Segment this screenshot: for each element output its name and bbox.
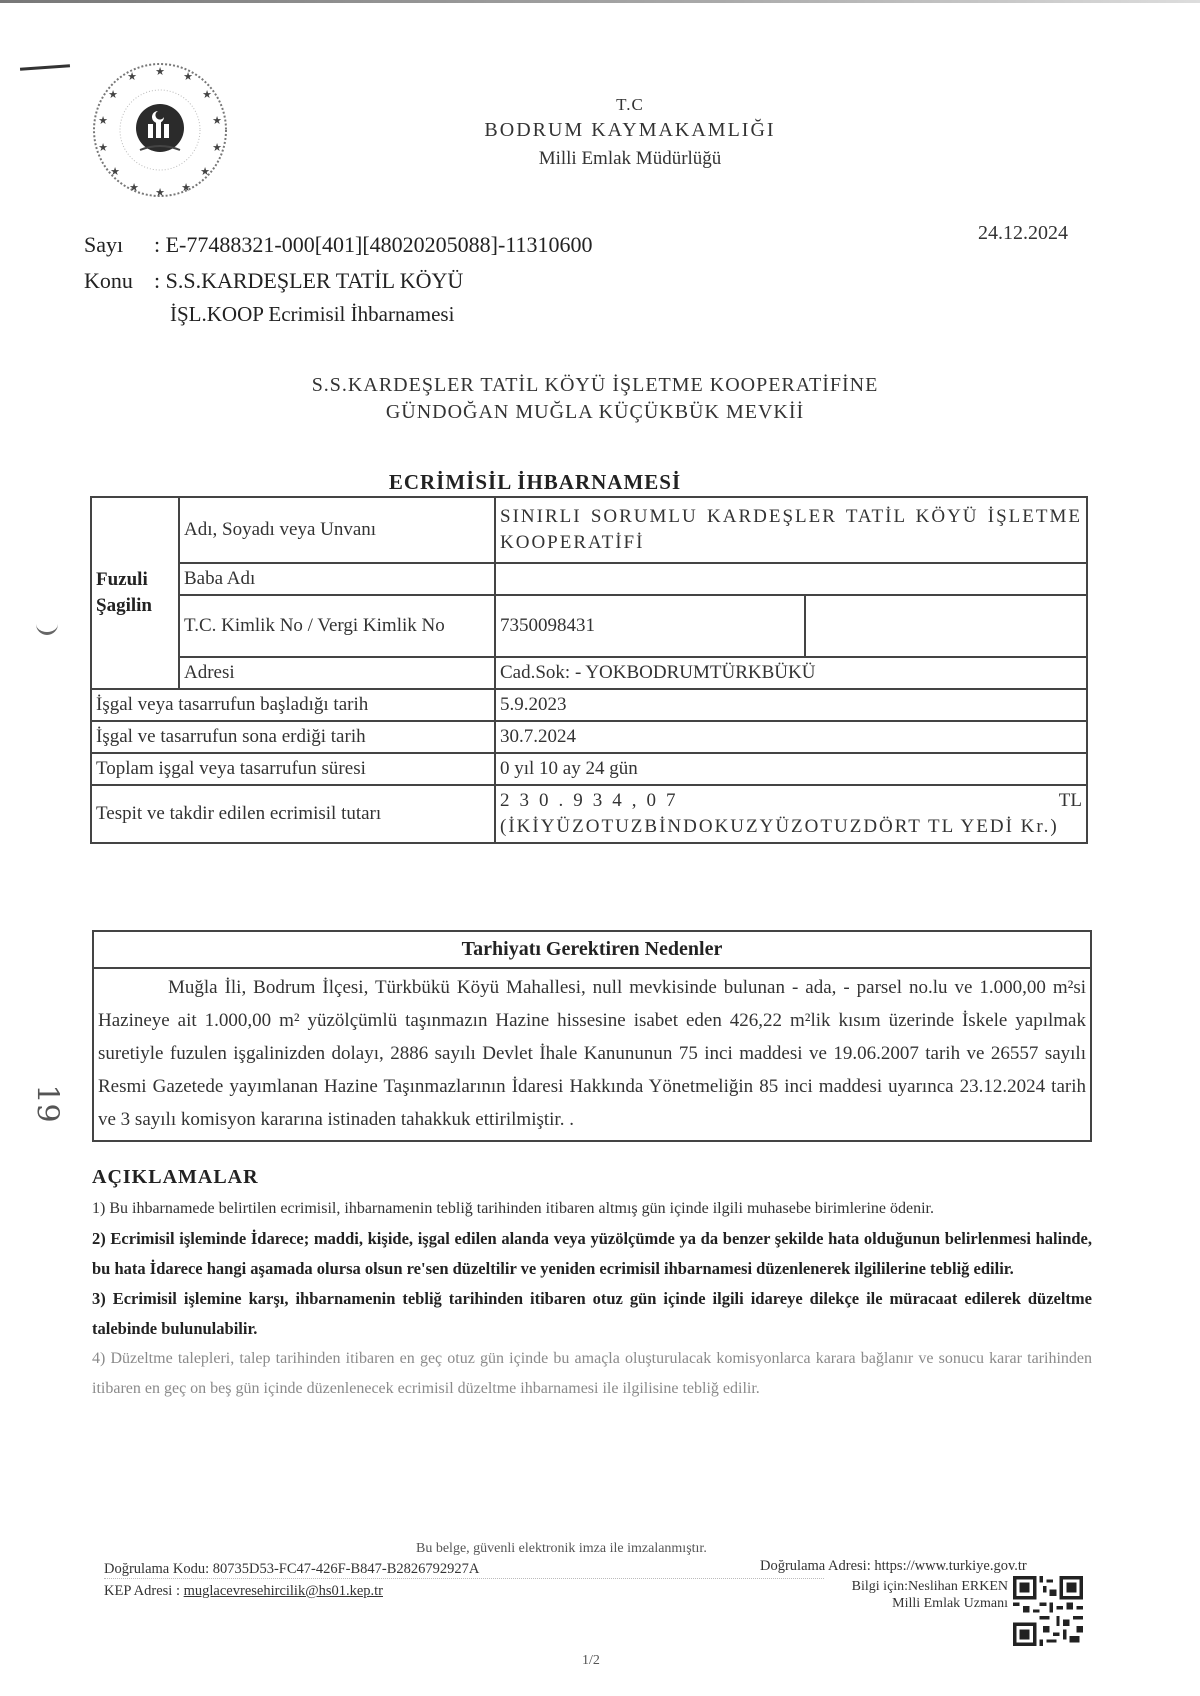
- qr-code-icon[interactable]: [1013, 1575, 1083, 1647]
- addressee-line-2: GÜNDOĞAN MUĞLA KÜÇÜKBÜK MEVKİİ: [240, 399, 950, 426]
- start-date-value: 5.9.2023: [495, 689, 1087, 721]
- occupant-group-label: Fuzuli Şagilin: [91, 497, 179, 689]
- reasons-box: Tarhiyatı Gerektiren Nedenler Muğla İli,…: [92, 930, 1092, 1142]
- verification-code-value: 80735D53-FC47-426F-B847-B2826792927A: [213, 1561, 480, 1577]
- svg-text:★: ★: [212, 141, 222, 154]
- verification-address: Doğrulama Adresi: https://www.turkiye.go…: [760, 1558, 1027, 1575]
- reference-number: Sayı: E-77488321-000[401][48020205088]-1…: [84, 232, 593, 258]
- id-number-value: 7350098431: [495, 595, 805, 657]
- table-row: İşgal veya tasarrufun başladığı tarih 5.…: [91, 689, 1087, 721]
- kep-address-link[interactable]: muglacevresehircilik@hs01.kep.tr: [184, 1583, 383, 1599]
- amount-value: 230.934,07 TL (İKİYÜZOTUZBİNDOKUZYÜZOTUZ…: [495, 785, 1087, 843]
- margin-mark: [20, 64, 70, 70]
- amount-in-words: (İKİYÜZOTUZBİNDOKUZYÜZOTUZDÖRT TL YEDİ K…: [500, 814, 1082, 840]
- amount-number: 230.934,07: [500, 788, 686, 814]
- scan-edge: [0, 0, 1200, 3]
- document-date: 24.12.2024: [978, 222, 1068, 245]
- amount-currency: TL: [1059, 788, 1082, 814]
- letterhead-unit: Milli Emlak Müdürlüğü: [400, 148, 860, 170]
- table-row: İşgal ve tasarrufun sona erdiği tarih 30…: [91, 721, 1087, 753]
- table-row: T.C. Kimlik No / Vergi Kimlik No 7350098…: [91, 595, 1087, 657]
- name-label: Adı, Soyadı veya Unvanı: [179, 497, 495, 563]
- address-value: Cad.Sok: - YOKBODRUMTÜRKBÜKÜ: [495, 657, 1087, 689]
- reference-value: : E-77488321-000[401][48020205088]-11310…: [154, 232, 593, 257]
- letterhead-tc: T.C: [400, 95, 860, 115]
- end-date-value: 30.7.2024: [495, 721, 1087, 753]
- subject: Konu: S.S.KARDEŞLER TATİL KÖYÜ: [84, 268, 463, 294]
- svg-text:★: ★: [129, 181, 139, 194]
- verification-address-label: Doğrulama Adresi:: [760, 1558, 871, 1574]
- father-name-value: [495, 563, 1087, 595]
- kep-address: KEP Adresi : muglacevresehircilik@hs01.k…: [104, 1583, 383, 1600]
- explanation-item-3: 3) Ecrimisil işlemine karşı, ihbarnameni…: [92, 1284, 1092, 1344]
- handwritten-page-number: 19: [30, 1084, 65, 1122]
- svg-text:★: ★: [110, 165, 120, 178]
- id-number-label: T.C. Kimlik No / Vergi Kimlik No: [179, 595, 495, 657]
- e-signature-notice: Bu belge, güvenli elektronik imza ile im…: [416, 1541, 707, 1557]
- contact-info: Bilgi için:Neslihan ERKEN Milli Emlak Uz…: [800, 1578, 1008, 1612]
- explanation-item-2: 2) Ecrimisil işleminde İdarece; maddi, k…: [92, 1224, 1092, 1284]
- duration-value: 0 yıl 10 ay 24 gün: [495, 753, 1087, 785]
- kep-address-label: KEP Adresi :: [104, 1583, 180, 1599]
- svg-text:★: ★: [183, 70, 193, 83]
- table-row: Baba Adı: [91, 563, 1087, 595]
- letterhead: T.C BODRUM KAYMAKAMLIĞI Milli Emlak Müdü…: [400, 95, 860, 170]
- explanation-item-1: 1) Bu ihbarnamede belirtilen ecrimisil, …: [92, 1194, 1092, 1224]
- name-value: SINIRLI SORUMLU KARDEŞLER TATİL KÖYÜ İŞL…: [495, 497, 1087, 563]
- addressee: S.S.KARDEŞLER TATİL KÖYÜ İŞLETME KOOPERA…: [240, 372, 950, 426]
- verification-address-link[interactable]: https://www.turkiye.gov.tr: [874, 1558, 1026, 1574]
- reasons-body: Muğla İli, Bodrum İlçesi, Türkbükü Köyü …: [94, 969, 1090, 1140]
- footer-divider: [104, 1578, 824, 1579]
- letterhead-org: BODRUM KAYMAKAMLIĞI: [400, 119, 860, 142]
- address-label: Adresi: [179, 657, 495, 689]
- svg-text:★: ★: [98, 141, 108, 154]
- end-date-label: İşgal ve tasarrufun sona erdiği tarih: [91, 721, 495, 753]
- duration-label: Toplam işgal veya tasarrufun süresi: [91, 753, 495, 785]
- document-title: ECRİMİSİL İHBARNAMESİ: [300, 470, 770, 495]
- contact-title: Milli Emlak Uzmanı: [800, 1595, 1008, 1612]
- table-row: Tespit ve takdir edilen ecrimisil tutarı…: [91, 785, 1087, 843]
- table-row: Fuzuli Şagilin Adı, Soyadı veya Unvanı S…: [91, 497, 1087, 563]
- notice-details-table: Fuzuli Şagilin Adı, Soyadı veya Unvanı S…: [90, 496, 1088, 844]
- amount-label: Tespit ve takdir edilen ecrimisil tutarı: [91, 785, 495, 843]
- table-row: Toplam işgal veya tasarrufun süresi 0 yı…: [91, 753, 1087, 785]
- state-emblem-seal-icon: ★★★ ★★★ ★★★ ★★★ ★★: [88, 58, 233, 203]
- svg-text:★: ★: [108, 88, 118, 101]
- punch-hole-mark: [36, 618, 58, 635]
- verification-code: Doğrulama Kodu: 80735D53-FC47-426F-B847-…: [104, 1561, 479, 1578]
- svg-text:★: ★: [98, 114, 108, 127]
- table-row: Adresi Cad.Sok: - YOKBODRUMTÜRKBÜKÜ: [91, 657, 1087, 689]
- svg-text:★: ★: [181, 181, 191, 194]
- subject-continuation: İŞL.KOOP Ecrimisil İhbarnamesi: [170, 302, 454, 327]
- svg-text:★: ★: [155, 65, 165, 78]
- id-number-extra: [805, 595, 1087, 657]
- page-number: 1/2: [582, 1653, 600, 1669]
- svg-text:★: ★: [212, 114, 222, 127]
- subject-value: : S.S.KARDEŞLER TATİL KÖYÜ: [154, 268, 463, 293]
- addressee-line-1: S.S.KARDEŞLER TATİL KÖYÜ İŞLETME KOOPERA…: [240, 372, 950, 399]
- subject-label: Konu: [84, 268, 154, 294]
- svg-text:★: ★: [155, 186, 165, 199]
- reasons-title: Tarhiyatı Gerektiren Nedenler: [94, 932, 1090, 969]
- father-name-label: Baba Adı: [179, 563, 495, 595]
- explanations-list: 1) Bu ihbarnamede belirtilen ecrimisil, …: [92, 1194, 1092, 1404]
- contact-person: Bilgi için:Neslihan ERKEN: [800, 1578, 1008, 1595]
- group-label-line-1: Fuzuli: [96, 567, 174, 593]
- explanations-title: AÇIKLAMALAR: [92, 1166, 259, 1189]
- svg-text:★: ★: [202, 88, 212, 101]
- start-date-label: İşgal veya tasarrufun başladığı tarih: [91, 689, 495, 721]
- reference-label: Sayı: [84, 232, 154, 258]
- svg-text:★: ★: [200, 165, 210, 178]
- group-label-line-2: Şagilin: [96, 593, 174, 619]
- explanation-item-4: 4) Düzeltme talepleri, talep tarihinden …: [92, 1344, 1092, 1404]
- verification-code-label: Doğrulama Kodu:: [104, 1561, 209, 1577]
- svg-text:★: ★: [127, 70, 137, 83]
